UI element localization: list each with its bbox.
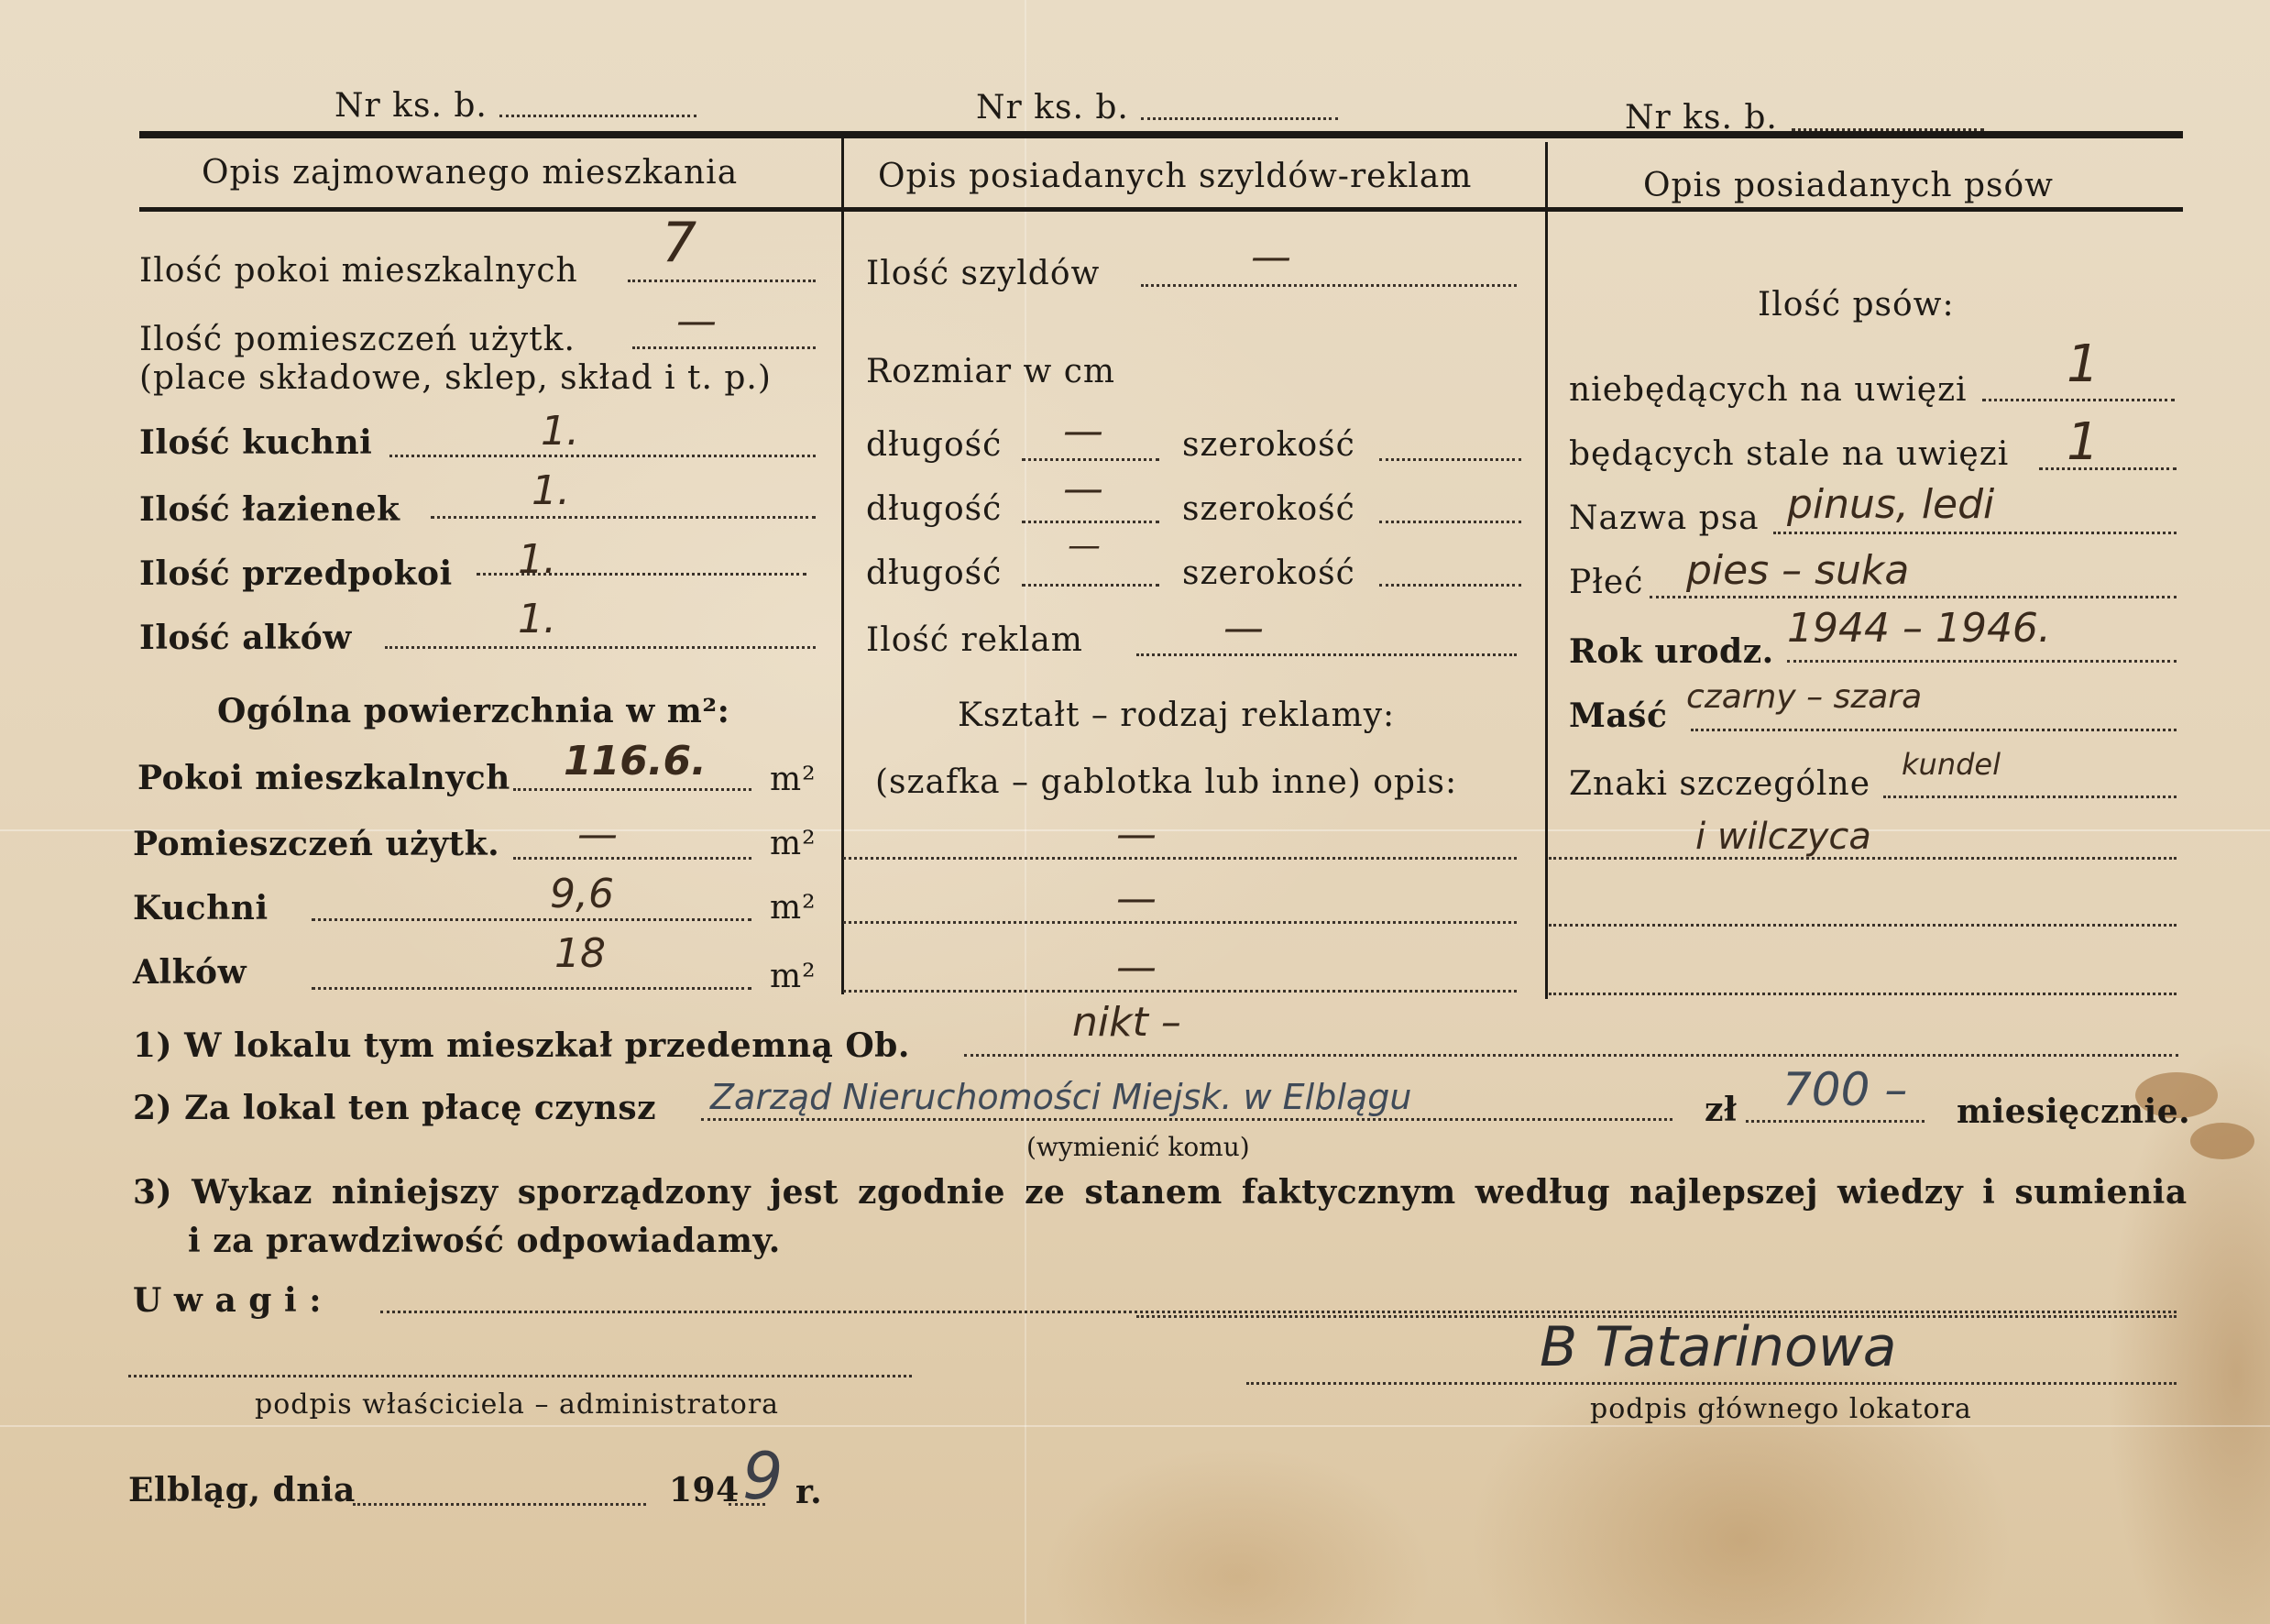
area-rooms-value: 116.6. bbox=[564, 738, 707, 785]
width-label: szerokość bbox=[1182, 426, 1355, 464]
ads-count-value: — bbox=[1223, 605, 1264, 652]
dog-name-value: pinus, ledi bbox=[1787, 481, 1994, 528]
rent-payee-value: Zarząd Nieruchomości Miejsk. w Elblągu bbox=[710, 1077, 1411, 1117]
ledger-number-label: Nr ks. b. bbox=[976, 89, 1129, 126]
rooms-field[interactable] bbox=[628, 280, 816, 282]
description-line[interactable] bbox=[843, 857, 1517, 860]
remarks-label: U w a g i : bbox=[133, 1281, 322, 1320]
ledger-number-label: Nr ks. b. bbox=[334, 87, 488, 125]
alcoves-label: Ilość alków bbox=[139, 619, 352, 657]
length-value: — bbox=[1068, 527, 1101, 565]
currency-label: zł bbox=[1705, 1091, 1737, 1129]
dog-name-label: Nazwa psa bbox=[1569, 499, 1760, 537]
ledger-number-field[interactable] bbox=[1141, 117, 1338, 120]
area-kitchen-label: Kuchni bbox=[133, 889, 269, 927]
unit-m2: m² bbox=[770, 761, 817, 798]
coat-color-label: Maść bbox=[1569, 697, 1667, 735]
rent-payee-field[interactable] bbox=[701, 1118, 1672, 1121]
area-utility-value: — bbox=[577, 811, 618, 858]
column-divider bbox=[1545, 142, 1548, 999]
kitchens-value: 1. bbox=[541, 408, 579, 455]
area-kitchen-value: 9,6 bbox=[550, 871, 614, 917]
area-alcove-value: 18 bbox=[554, 930, 606, 977]
marks-label: Znaki szczególne bbox=[1569, 765, 1870, 803]
column-header-dogs: Opis posiadanych psów bbox=[1643, 167, 2054, 204]
birth-year-field[interactable] bbox=[1787, 660, 2177, 663]
alcoves-field[interactable] bbox=[385, 646, 816, 649]
rent-amount-value: 700 – bbox=[1782, 1063, 1907, 1116]
width-field[interactable] bbox=[1379, 521, 1521, 523]
area-alcove-label: Alków bbox=[133, 953, 247, 992]
tenant-signature: B Tatarinowa bbox=[1540, 1315, 1897, 1379]
statement-3-line-2: i za prawdziwość odpowiadamy. bbox=[188, 1222, 781, 1260]
leashed-value: 1 bbox=[2067, 412, 2100, 472]
signs-count-label: Ilość szyldów bbox=[866, 255, 1100, 292]
owner-signature-line[interactable] bbox=[128, 1375, 912, 1377]
area-kitchen-field[interactable] bbox=[312, 918, 751, 921]
length-field[interactable] bbox=[1022, 521, 1159, 523]
remarks-field[interactable] bbox=[380, 1311, 2177, 1313]
description-value: — bbox=[1116, 811, 1157, 858]
statement-3-line-1: 3) Wykaz niniejszy sporządzony jest zgod… bbox=[133, 1173, 2188, 1212]
leashed-field[interactable] bbox=[2039, 467, 2177, 470]
dog-name-field[interactable] bbox=[1773, 532, 2177, 534]
statement-2-label: 2) Za lokal ten płacę czynsz bbox=[133, 1089, 656, 1127]
place-date-label: Elbląg, dnia bbox=[128, 1471, 356, 1509]
leashed-label: będących stale na uwięzi bbox=[1569, 435, 2009, 473]
length-field[interactable] bbox=[1022, 458, 1159, 461]
hallways-value: 1. bbox=[518, 536, 556, 583]
table-header-rule bbox=[139, 207, 2183, 212]
description-value: — bbox=[1116, 944, 1157, 991]
dog-extra-line[interactable] bbox=[1549, 924, 2177, 927]
length-value: — bbox=[1063, 408, 1103, 455]
area-utility-label: Pomieszczeń użytk. bbox=[133, 825, 499, 863]
statement-1-label: 1) W lokalu tym mieszkał przedemną Ob. bbox=[133, 1026, 910, 1065]
tenant-signature-line[interactable] bbox=[1246, 1382, 2177, 1385]
area-heading: Ogólna powierzchnia w m²: bbox=[217, 692, 729, 730]
ads-count-label: Ilość reklam bbox=[866, 621, 1083, 659]
length-field[interactable] bbox=[1022, 584, 1159, 587]
column-divider bbox=[841, 137, 844, 994]
shape-heading: Kształt – rodzaj reklamy: bbox=[958, 697, 1395, 734]
date-field[interactable] bbox=[353, 1503, 646, 1506]
width-label: szerokość bbox=[1182, 490, 1355, 528]
utility-label: Ilość pomieszczeń użytk. bbox=[139, 321, 576, 358]
shape-note: (szafka – gablotka lub inne) opis: bbox=[875, 763, 1457, 801]
ledger-number-field[interactable] bbox=[499, 115, 696, 117]
paper-fold bbox=[0, 1425, 2270, 1427]
paper-fold bbox=[1025, 0, 1026, 1624]
length-label: długość bbox=[866, 490, 1002, 528]
area-utility-field[interactable] bbox=[513, 857, 751, 860]
width-label: szerokość bbox=[1182, 554, 1355, 592]
description-line[interactable] bbox=[843, 921, 1517, 924]
kitchens-field[interactable] bbox=[389, 455, 816, 457]
bathrooms-label: Ilość łazienek bbox=[139, 490, 400, 529]
signs-count-field[interactable] bbox=[1141, 284, 1517, 287]
marks-value: kundel bbox=[1902, 747, 2001, 782]
bathrooms-value: 1. bbox=[532, 467, 570, 514]
tenant-signature-label: podpis głównego lokatora bbox=[1590, 1393, 1972, 1425]
utility-field[interactable] bbox=[632, 346, 816, 349]
width-field[interactable] bbox=[1379, 584, 1521, 587]
coat-color-value: czarny – szara bbox=[1686, 678, 1922, 716]
signs-count-value: — bbox=[1251, 234, 1291, 280]
bathrooms-field[interactable] bbox=[431, 516, 816, 519]
column-header-signs: Opis posiadanych szyldów-reklam bbox=[878, 158, 1472, 195]
width-field[interactable] bbox=[1379, 458, 1521, 461]
dogs-count-heading: Ilość psów: bbox=[1758, 286, 1955, 324]
ads-count-field[interactable] bbox=[1136, 653, 1517, 656]
unit-m2: m² bbox=[770, 958, 817, 995]
utility-value: — bbox=[676, 298, 717, 345]
unleashed-field[interactable] bbox=[1982, 399, 2175, 401]
coat-color-field[interactable] bbox=[1691, 729, 2177, 731]
table-top-rule bbox=[139, 131, 2183, 138]
length-value: — bbox=[1063, 466, 1103, 512]
hallways-label: Ilość przedpokoi bbox=[139, 554, 453, 593]
statement-1-field[interactable] bbox=[964, 1054, 2178, 1057]
unleashed-value: 1 bbox=[2067, 335, 2100, 394]
description-value: — bbox=[1116, 875, 1157, 922]
owner-signature-label: podpis właściciela – administratora bbox=[255, 1388, 779, 1421]
statement-1-value: nikt – bbox=[1072, 999, 1181, 1046]
rent-amount-field[interactable] bbox=[1746, 1120, 1925, 1123]
kitchens-label: Ilość kuchni bbox=[139, 423, 372, 462]
description-line[interactable] bbox=[843, 990, 1517, 993]
year-suffix: r. bbox=[795, 1473, 822, 1511]
area-rooms-label: Pokoi mieszkalnych bbox=[137, 759, 510, 797]
size-label: Rozmiar w cm bbox=[866, 353, 1115, 390]
sex-field[interactable] bbox=[1650, 596, 2177, 598]
rooms-value: 7 bbox=[662, 211, 696, 275]
area-rooms-field[interactable] bbox=[513, 788, 751, 791]
marks-value-2: i wilczyca bbox=[1695, 816, 1871, 858]
dog-extra-line[interactable] bbox=[1549, 993, 2177, 995]
utility-note: (place składowe, sklep, skład i t. p.) bbox=[139, 359, 772, 397]
stain bbox=[2190, 1123, 2254, 1159]
birth-year-label: Rok urodz. bbox=[1569, 632, 1774, 671]
unit-m2: m² bbox=[770, 825, 817, 862]
unit-m2: m² bbox=[770, 889, 817, 927]
birth-year-value: 1944 – 1946. bbox=[1787, 605, 2051, 652]
sex-label: Płeć bbox=[1569, 564, 1643, 601]
marks-field[interactable] bbox=[1883, 796, 2177, 798]
rent-payee-note: (wymienić komu) bbox=[1026, 1132, 1250, 1162]
alcoves-value: 1. bbox=[518, 596, 556, 642]
rooms-label: Ilość pokoi mieszkalnych bbox=[139, 252, 578, 290]
sex-value: pies – suka bbox=[1686, 547, 1909, 594]
area-alcove-field[interactable] bbox=[312, 987, 751, 990]
column-header-apartment: Opis zajmowanego mieszkania bbox=[202, 154, 738, 192]
length-label: długość bbox=[866, 554, 1002, 592]
unleashed-label: niebędących na uwięzi bbox=[1569, 371, 1968, 409]
length-label: długość bbox=[866, 426, 1002, 464]
monthly-label: miesięcznie. bbox=[1957, 1092, 2190, 1131]
year-digit: 9 bbox=[742, 1439, 784, 1514]
